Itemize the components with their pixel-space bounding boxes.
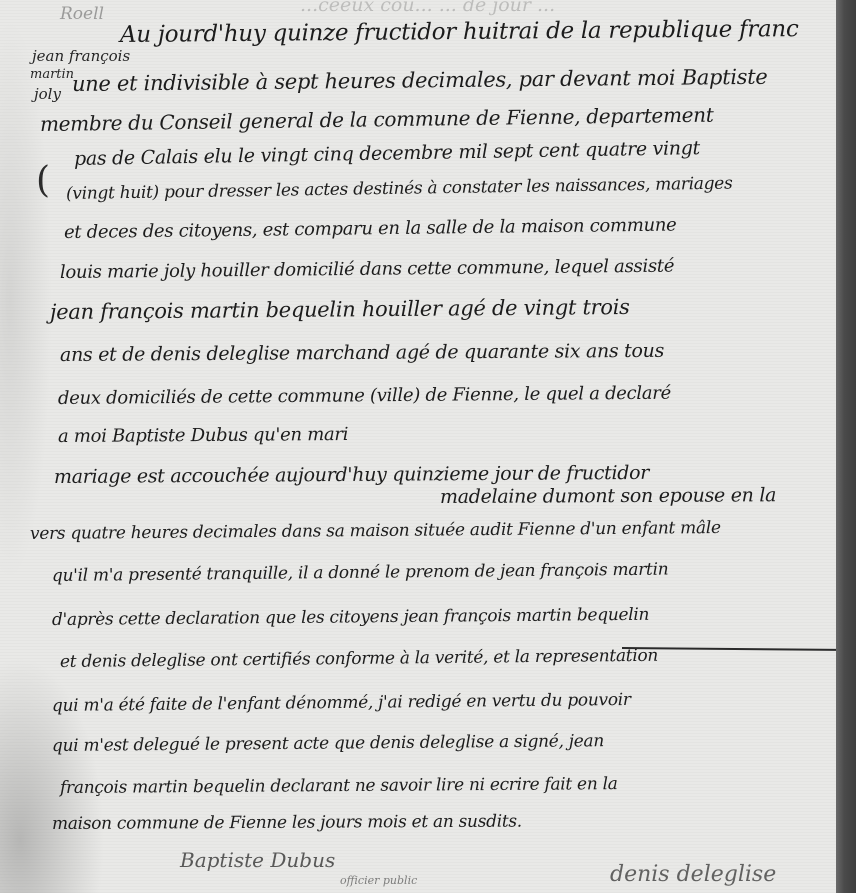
record-line-4: pas de Calais elu le vingt cinq decembre… [74, 137, 700, 170]
record-line-1: Au jourd'huy quinze fructidor huitrai de… [120, 16, 799, 48]
scan-edge-strip [836, 0, 856, 893]
margin-name-line-3: joly [34, 86, 61, 103]
record-line-21: maison commune de Fienne les jours mois … [52, 812, 522, 834]
margin-header-faint: Roell [60, 6, 104, 23]
record-line-20: françois martin bequelin declarant ne sa… [60, 774, 618, 798]
record-line-19: qui m'est delegué le present acte que de… [52, 731, 604, 756]
bracket-mark: ( [36, 160, 50, 201]
record-line-16: d'après cette declaration que les citoye… [52, 605, 649, 630]
record-line-17: et denis deleglise ont certifiés conform… [60, 646, 658, 672]
record-line-5: (vingt huit) pour dresser les actes dest… [66, 174, 733, 204]
record-line-6: et deces des citoyens, est comparu en la… [64, 215, 677, 243]
signature-left: Baptiste Dubus [180, 848, 335, 872]
record-line-14: vers quatre heures decimales dans sa mai… [30, 518, 721, 544]
document-page: ...ceeux cou... ... de jour ... Roell je… [0, 0, 856, 893]
bleed-through-text: ...ceeux cou... ... de jour ... [300, 0, 555, 16]
record-line-18: qui m'a été faite de l'enfant dénommé, j… [52, 690, 631, 716]
record-line-13: madelaine dumont son epouse en la [440, 484, 776, 508]
record-line-10: deux domiciliés de cette commune (ville)… [58, 383, 671, 409]
record-line-3: membre du Conseil general de la commune … [40, 103, 714, 136]
record-line-15: qu'il m'a presenté tranquille, il a donn… [52, 560, 669, 586]
record-line-12: mariage est accouchée aujourd'huy quinzi… [54, 462, 649, 488]
margin-name-line-1: jean françois [32, 48, 130, 65]
record-line-11: a moi Baptiste Dubus qu'en mari [58, 424, 348, 447]
margin-name-line-2: martin [30, 66, 74, 83]
record-line-2: une et indivisible à sept heures decimal… [72, 65, 768, 96]
signature-left-subtitle: officier public [340, 874, 417, 887]
record-line-7: louis marie joly houiller domicilié dans… [60, 256, 674, 283]
record-line-9: ans et de denis deleglise marchand agé d… [60, 340, 664, 366]
record-line-8: jean françois martin bequelin houiller a… [50, 295, 630, 324]
signature-right: denis deleglise [610, 862, 776, 887]
